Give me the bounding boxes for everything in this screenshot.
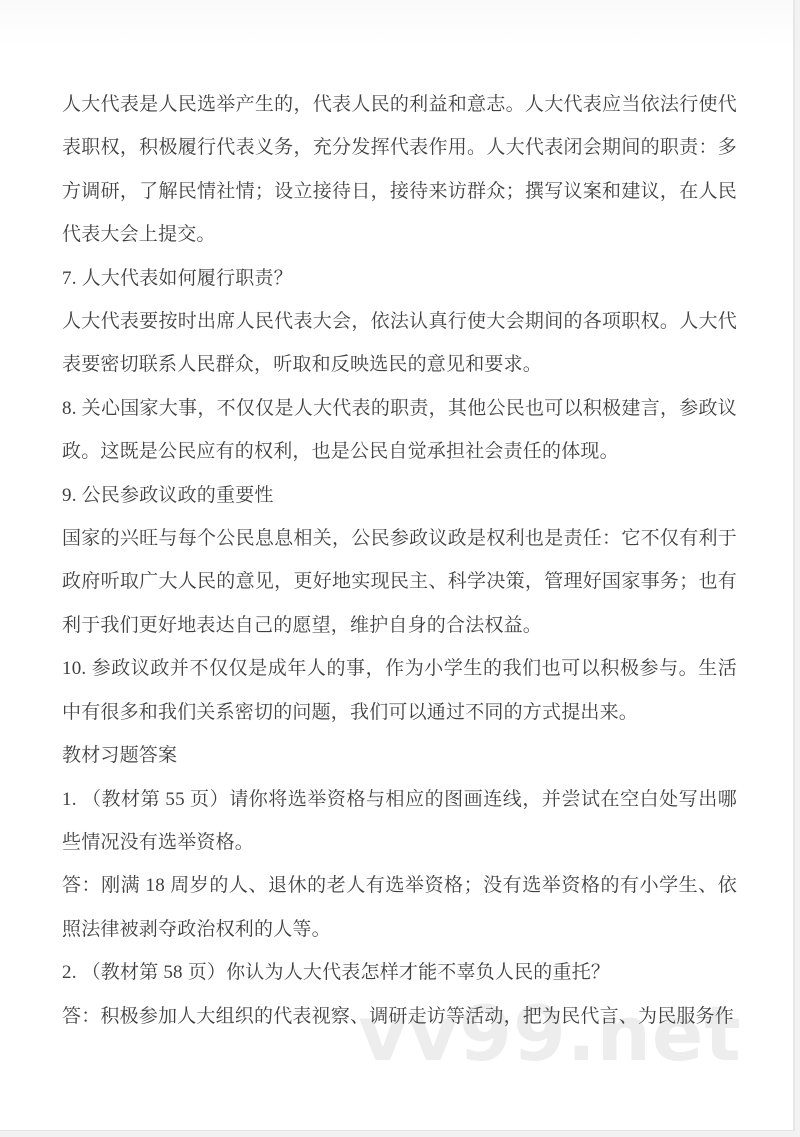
paragraph-textbook-q2-answer: 答：积极参加人大组织的代表视察、调研走访等活动，把为民代言、为民服务作 <box>62 995 737 1038</box>
paragraph-textbook-q1: 1. （教材第 55 页）请你将选举资格与相应的图画连线，并尝试在空白处写出哪些… <box>62 778 737 865</box>
heading-textbook-answers: 教材习题答案 <box>62 734 737 777</box>
heading-item-7: 7. 人大代表如何履行职责？ <box>62 257 737 300</box>
paragraph-textbook-q2: 2. （教材第 58 页）你认为人大代表怎样才能不辜负人民的重托？ <box>62 951 737 994</box>
document-page: vv99.net 人大代表是人民选举产生的，代表人民的利益和意志。人大代表应当依… <box>0 0 795 1131</box>
paragraph-item-7-answer: 人大代表要按时出席人民代表大会，依法认真行使大会期间的各项职权。人大代表要密切联… <box>62 300 737 387</box>
heading-item-9: 9. 公民参政议政的重要性 <box>62 474 737 517</box>
paragraph-item-8: 8. 关心国家大事，不仅仅是人大代表的职责，其他公民也可以积极建言，参政议政。这… <box>62 387 737 474</box>
document-content: 人大代表是人民选举产生的，代表人民的利益和意志。人大代表应当依法行使代表职权，积… <box>0 0 793 1038</box>
paragraph-item-9: 国家的兴旺与每个公民息息相关，公民参政议政是权利也是责任：它不仅有利于政府听取广… <box>62 517 737 647</box>
paragraph-item-10: 10. 参政议政并不仅仅是成年人的事，作为小学生的我们也可以积极参与。生活中有很… <box>62 647 737 734</box>
paragraph-npc-deputy-intro: 人大代表是人民选举产生的，代表人民的利益和意志。人大代表应当依法行使代表职权，积… <box>62 83 737 257</box>
paragraph-textbook-q1-answer: 答：刚满 18 周岁的人、退休的老人有选举资格；没有选举资格的有小学生、依照法律… <box>62 864 737 951</box>
